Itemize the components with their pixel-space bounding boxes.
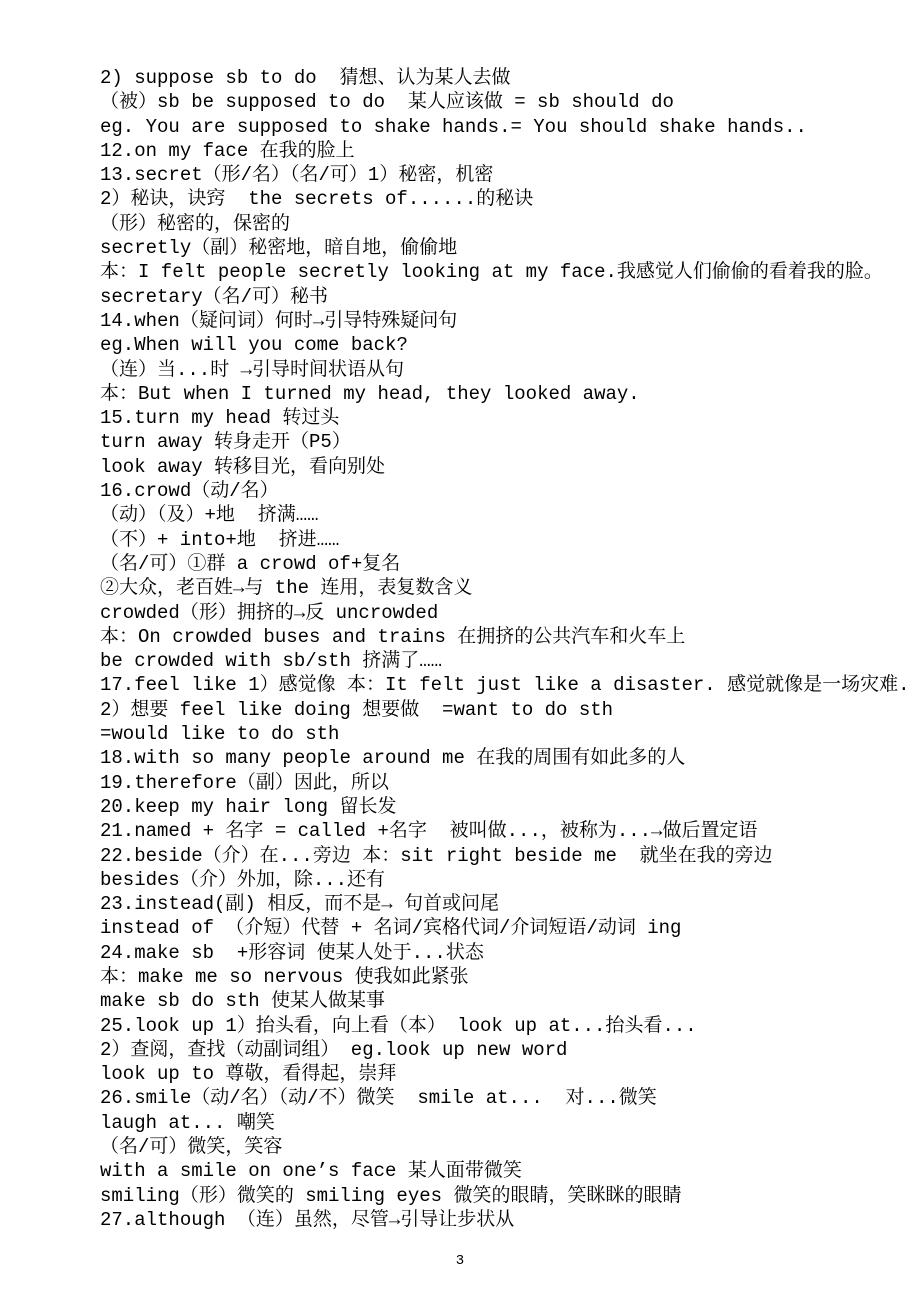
text-line: 17.feel like 1）感觉像 本：It felt just like a… — [100, 673, 900, 697]
text-line: 14.when（疑问词）何时→引导特殊疑问句 — [100, 309, 900, 333]
text-line: 本：I felt people secretly looking at my f… — [100, 260, 900, 284]
text-line: look up to 尊敬，看得起，崇拜 — [100, 1062, 900, 1086]
text-line: eg. You are supposed to shake hands.= Yo… — [100, 115, 900, 139]
text-line: （名/可）①群 a crowd of+复名 — [100, 552, 900, 576]
text-line: 本：On crowded buses and trains 在拥挤的公共汽车和火… — [100, 625, 900, 649]
text-line: 20.keep my hair long 留长发 — [100, 795, 900, 819]
text-line: make sb do sth 使某人做某事 — [100, 989, 900, 1013]
text-line: secretary（名/可）秘书 — [100, 285, 900, 309]
text-line: 15.turn my head 转过头 — [100, 406, 900, 430]
text-line: 23.instead(副) 相反，而不是→ 句首或问尾 — [100, 892, 900, 916]
text-line: 2) suppose sb to do 猜想、认为某人去做 — [100, 66, 900, 90]
text-line: 2）秘诀，诀窍 the secrets of......的秘诀 — [100, 187, 900, 211]
text-line: 18.with so many people around me 在我的周围有如… — [100, 746, 900, 770]
text-line: （名/可）微笑，笑容 — [100, 1135, 900, 1159]
text-line: be crowded with sb/sth 挤满了…… — [100, 649, 900, 673]
text-line: 本：make me so nervous 使我如此紧张 — [100, 965, 900, 989]
text-line: 12.on my face 在我的脸上 — [100, 139, 900, 163]
text-line: laugh at... 嘲笑 — [100, 1111, 900, 1135]
text-line: 25.look up 1）抬头看，向上看（本） look up at...抬头看… — [100, 1014, 900, 1038]
page-footer: 3 — [0, 1251, 920, 1269]
text-line: 26.smile（动/名）（动/不）微笑 smile at... 对...微笑 — [100, 1086, 900, 1110]
text-line: look away 转移目光，看向别处 — [100, 455, 900, 479]
document-page: 2) suppose sb to do 猜想、认为某人去做（被）sb be su… — [0, 0, 920, 1302]
text-line: （形）秘密的，保密的 — [100, 212, 900, 236]
text-line: 2）想要 feel like doing 想要做 =want to do sth — [100, 698, 900, 722]
text-line: crowded（形）拥挤的→反 uncrowded — [100, 601, 900, 625]
text-line: （被）sb be supposed to do 某人应该做 = sb shoul… — [100, 90, 900, 114]
text-line: 21.named + 名字 = called +名字 被叫做...，被称为...… — [100, 819, 900, 843]
text-line: 22.beside（介）在...旁边 本：sit right beside me… — [100, 844, 900, 868]
text-line: 2）查阅，查找（动副词组） eg.look up new word — [100, 1038, 900, 1062]
text-line: 13.secret（形/名）（名/可）1）秘密，机密 — [100, 163, 900, 187]
document-body: 2) suppose sb to do 猜想、认为某人去做（被）sb be su… — [100, 66, 900, 1232]
text-line: =would like to do sth — [100, 722, 900, 746]
text-line: with a smile on one’s face 某人面带微笑 — [100, 1159, 900, 1183]
text-line: instead of （介短）代替 + 名词/宾格代词/介词短语/动词 ing — [100, 916, 900, 940]
text-line: turn away 转身走开（P5） — [100, 430, 900, 454]
text-line: smiling（形）微笑的 smiling eyes 微笑的眼睛，笑眯眯的眼睛 — [100, 1184, 900, 1208]
text-line: ②大众，老百姓→与 the 连用，表复数含义 — [100, 576, 900, 600]
text-line: （不）+ into+地 挤进…… — [100, 528, 900, 552]
text-line: 24.make sb +形容词 使某人处于...状态 — [100, 941, 900, 965]
text-line: 16.crowd（动/名） — [100, 479, 900, 503]
text-line: 本：But when I turned my head, they looked… — [100, 382, 900, 406]
page-number: 3 — [456, 1253, 464, 1269]
text-line: eg.When will you come back? — [100, 333, 900, 357]
text-line: besides（介）外加，除...还有 — [100, 868, 900, 892]
text-line: 19.therefore（副）因此，所以 — [100, 771, 900, 795]
text-line: （动）（及）+地 挤满…… — [100, 503, 900, 527]
text-line: （连）当...时 →引导时间状语从句 — [100, 358, 900, 382]
text-line: secretly（副）秘密地，暗自地，偷偷地 — [100, 236, 900, 260]
text-line: 27.although （连）虽然，尽管→引导让步状从 — [100, 1208, 900, 1232]
